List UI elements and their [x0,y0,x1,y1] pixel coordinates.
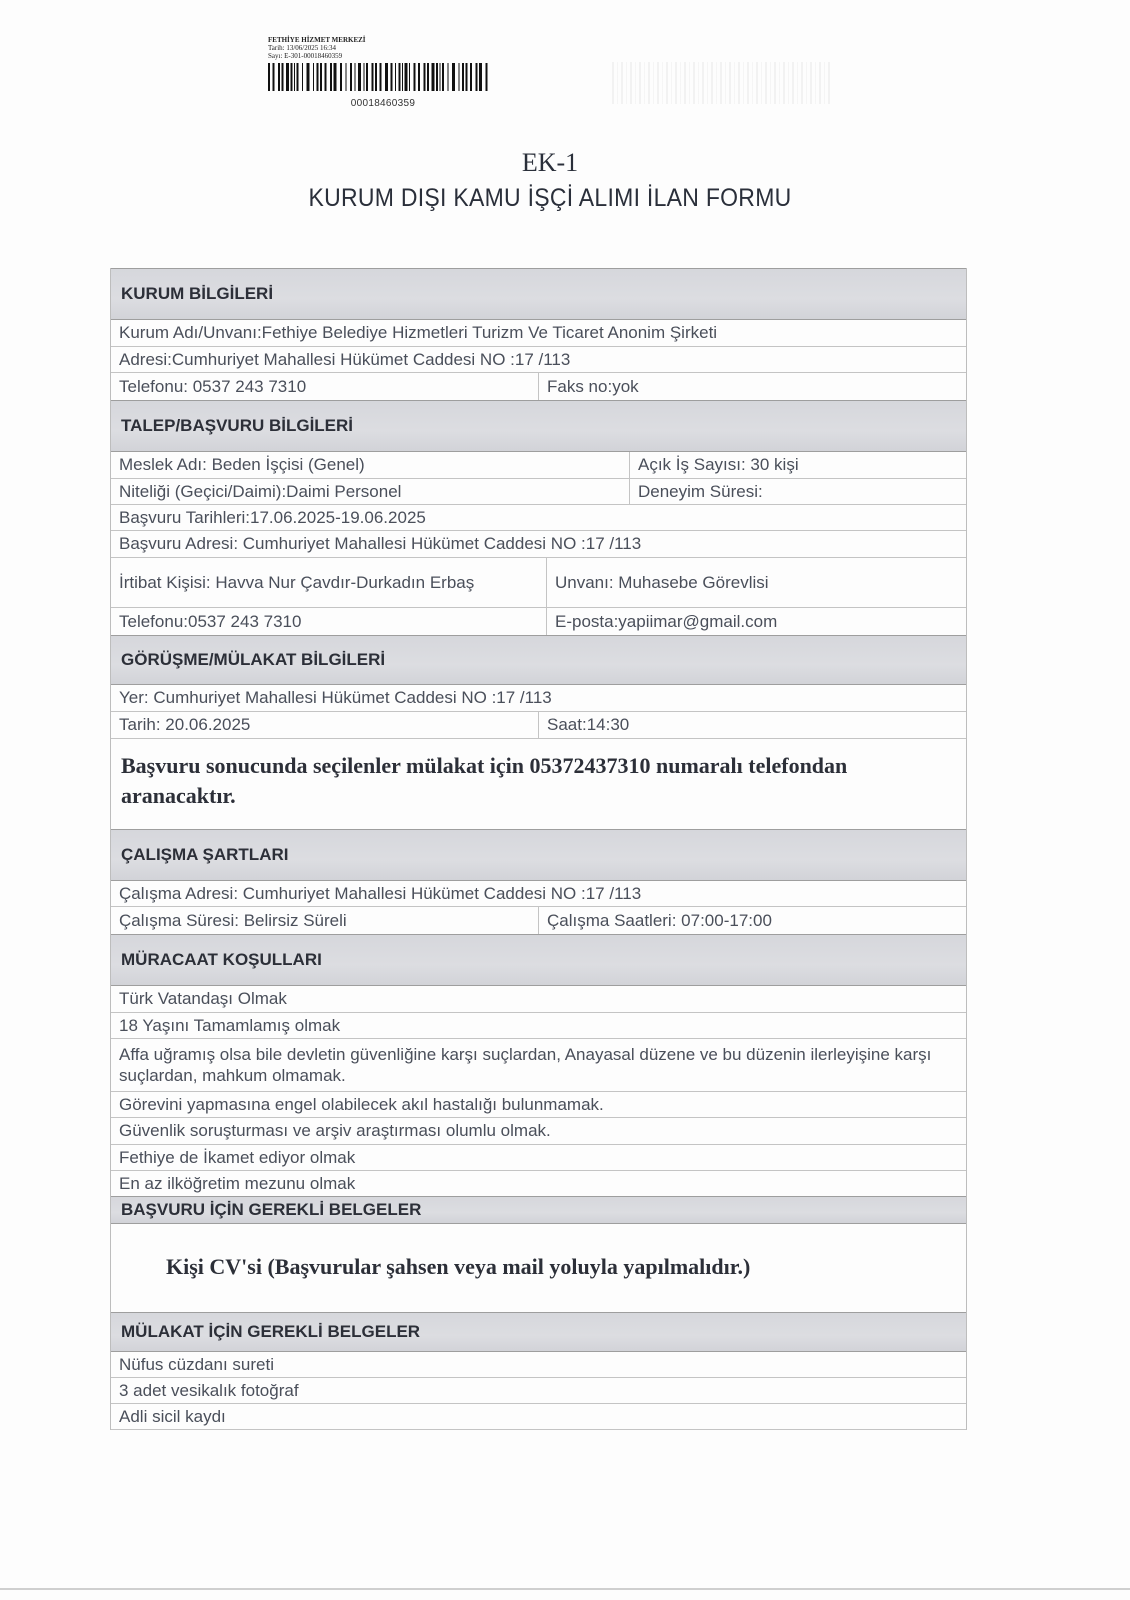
open-positions: Açık İş Sayısı: 30 kişi [629,452,966,478]
contact-person: İrtibat Kişisi: Havva Nur Çavdır-Durkadı… [111,558,546,607]
work-hours: Çalışma Saatleri: 07:00-17:00 [538,907,966,934]
section-header-calisma: ÇALIŞMA ŞARTLARI [111,829,966,881]
barcode-icon [268,63,490,91]
institution-name: Kurum Adı/Unvanı:Fethiye Belediye Hizmet… [111,320,966,346]
page-edge [0,1588,1130,1590]
institution-fax: Faks no:yok [538,373,966,400]
interview-time: Saat:14:30 [538,712,966,738]
requirement-item: 18 Yaşını Tamamlamış olmak [111,1013,966,1038]
section-header-gorusme: GÖRÜŞME/MÜLAKAT BİLGİLERİ [111,635,966,685]
stamp-number: Sayı: E-301-00018460359 [268,52,498,60]
contact-email[interactable]: E-posta:yapiimar@gmail.com [546,608,966,635]
contact-phone: Telefonu:0537 243 7310 [111,608,546,635]
application-dates: Başvuru Tarihleri:17.06.2025-19.06.2025 [111,505,966,530]
requirement-item: Güvenlik soruşturması ve arşiv araştırma… [111,1118,966,1144]
section-header-mulakat-belgeler: MÜLAKAT İÇİN GEREKLİ BELGELER [111,1312,966,1352]
occupation: Meslek Adı: Beden İşçisi (Genel) [111,452,629,478]
interview-place: Yer: Cumhuriyet Mahallesi Hükümet Caddes… [111,685,966,711]
experience: Deneyim Süresi: [629,479,966,504]
section-header-kurum: KURUM BİLGİLERİ [111,268,966,320]
interview-date: Tarih: 20.06.2025 [111,712,538,738]
section-header-talep: TALEP/BAŞVURU BİLGİLERİ [111,400,966,452]
job-posting-form: KURUM BİLGİLERİ Kurum Adı/Unvanı:Fethiye… [110,268,967,1430]
interview-document-item: Nüfus cüzdanı sureti [111,1352,966,1377]
document-stamp: FETHİYE HİZMET MERKEZİ Tarih: 13/06/2025… [268,36,498,109]
stamp-org: FETHİYE HİZMET MERKEZİ [268,36,498,44]
work-address: Çalışma Adresi: Cumhuriyet Mahallesi Hük… [111,881,966,906]
institution-address: Adresi:Cumhuriyet Mahallesi Hükümet Cadd… [111,347,966,372]
institution-phone: Telefonu: 0537 243 7310 [111,373,538,400]
requirement-item: Affa uğramış olsa bile devletin güvenliğ… [111,1039,966,1091]
interview-note: Başvuru sonucunda seçilenler mülakat içi… [111,739,966,829]
requirement-item: Türk Vatandaşı Olmak [111,986,966,1012]
requirement-item: Görevini yapmasına engel olabilecek akıl… [111,1092,966,1117]
work-duration: Çalışma Süresi: Belirsiz Süreli [111,907,538,934]
annex-label: EK-1 [0,148,1100,178]
section-header-muracaat: MÜRACAAT KOŞULLARI [111,934,966,986]
stamp-date: Tarih: 13/06/2025 16:34 [268,44,498,52]
requirement-item: En az ilköğretim mezunu olmak [111,1171,966,1196]
contact-title: Unvanı: Muhasebe Görevlisi [546,558,966,607]
application-documents-note: Kişi CV'si (Başvurular şahsen veya mail … [111,1224,966,1312]
application-address: Başvuru Adresi: Cumhuriyet Mahallesi Hük… [111,531,966,557]
section-header-basvuru-belgeler: BAŞVURU İÇİN GEREKLİ BELGELER [111,1196,966,1224]
form-title: KURUM DIŞI KAMU İŞÇİ ALIMI İLAN FORMU [44,184,1056,213]
interview-document-item: 3 adet vesikalık fotoğraf [111,1378,966,1403]
requirement-item: Fethiye de İkamet ediyor olmak [111,1145,966,1170]
barcode-number: 00018460359 [268,98,498,109]
employment-nature: Niteliği (Geçici/Daimi):Daimi Personel [111,479,629,504]
interview-document-item: Adli sicil kaydı [111,1404,966,1429]
show-through-barcode [612,62,832,104]
